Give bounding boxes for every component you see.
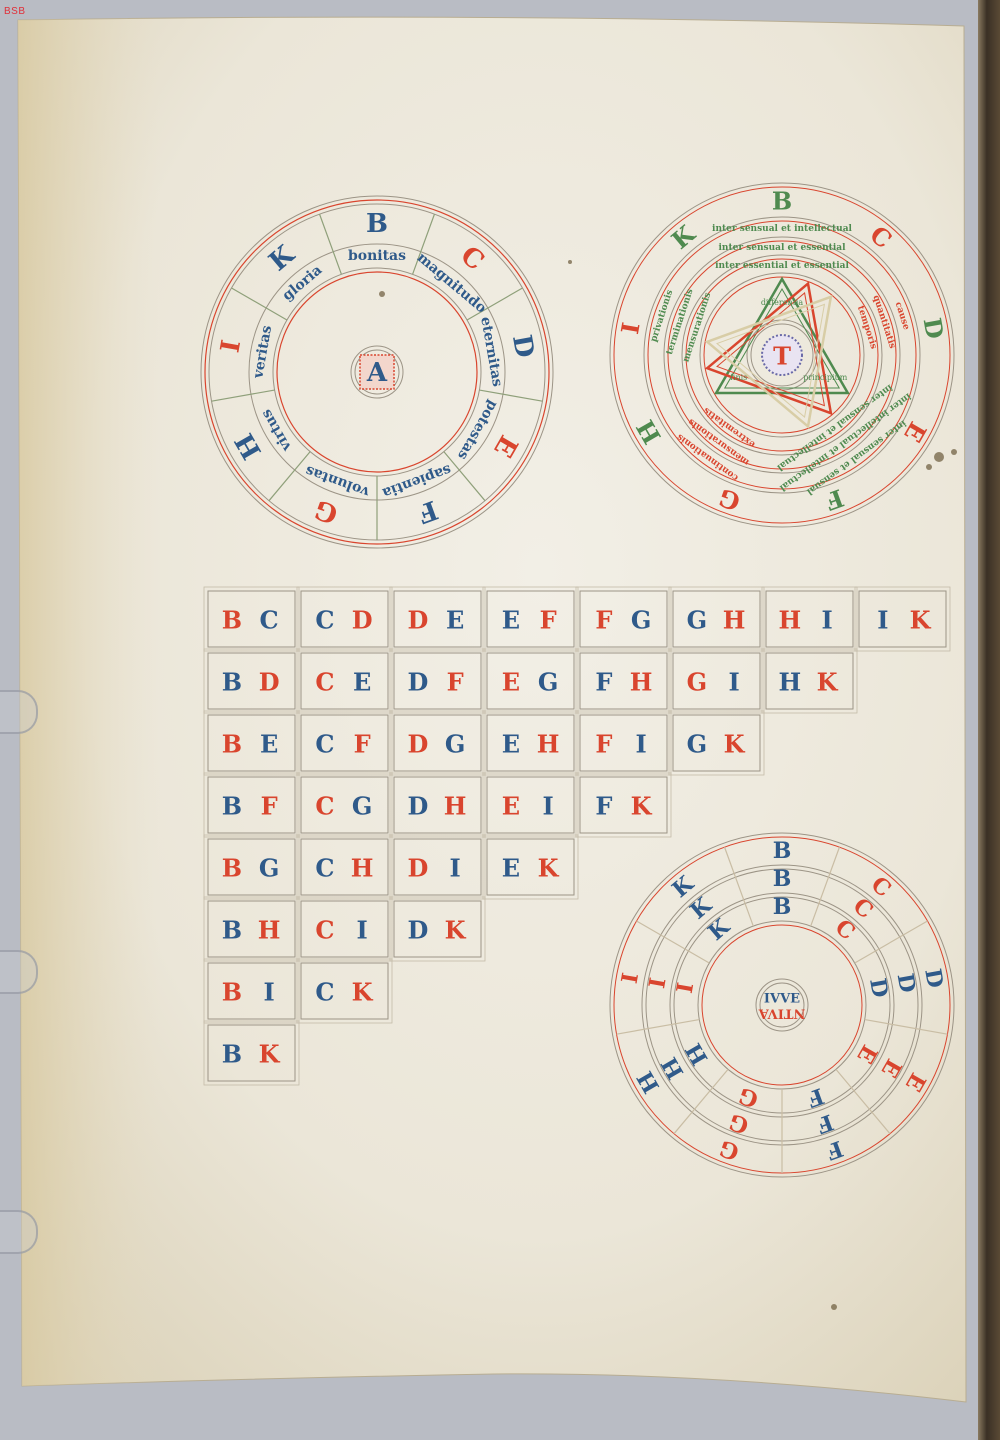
table-cell-letter-2: H <box>537 730 560 759</box>
table-cell-letter-1: D <box>407 668 428 697</box>
table-cell-letter-2: K <box>259 1040 281 1069</box>
table-cell-letter-1: H <box>779 668 802 697</box>
fourth-figure-letter-b: B <box>773 838 792 864</box>
ink-stain <box>831 1304 837 1310</box>
figure-a-letter-b: B <box>366 209 388 239</box>
figure-t-ring-text: inter essential et essential <box>715 261 849 271</box>
page-clip <box>0 950 38 994</box>
table-cell-letter-1: C <box>315 730 334 759</box>
table-cell-letter-2: F <box>540 606 557 635</box>
table-cell-letter-1: F <box>595 606 612 635</box>
table-cell-letter-2: E <box>260 730 278 759</box>
table-cell-letter-1: E <box>502 668 520 697</box>
table-cell-letter-1: C <box>315 792 334 821</box>
book-binding-edge <box>978 0 1000 1440</box>
table-cell-letter-1: G <box>687 606 708 635</box>
table-cell-letter-1: B <box>222 854 242 883</box>
table-cell-letter-2: D <box>259 668 280 697</box>
table-cell-letter-1: I <box>877 606 888 635</box>
table-cell-letter-1: F <box>595 792 612 821</box>
figure-t-ring-text: inter sensual et intellectual <box>712 224 852 234</box>
table-cell-letter-2: K <box>724 730 746 759</box>
folio-canvas: BCDEFGHIKbonitasmagnitudoeternitaspotest… <box>14 12 978 1424</box>
table-cell-letter-2: F <box>261 792 278 821</box>
figure-a-center-letter: A <box>366 358 388 388</box>
ink-stain <box>926 464 932 470</box>
table-cell-letter-1: F <box>595 668 612 697</box>
table-cell-letter-1: D <box>407 792 428 821</box>
fourth-figure-letter-b: B <box>773 866 792 892</box>
library-watermark: BSB <box>4 6 26 17</box>
table-cell-letter-1: G <box>687 668 708 697</box>
table-cell-letter-1: C <box>315 668 334 697</box>
table-cell-letter-1: E <box>502 792 520 821</box>
page-clip <box>0 1210 38 1254</box>
figure-t-letter-b: B <box>772 187 792 216</box>
table-cell-letter-1: D <box>407 854 428 883</box>
table-cell-letter-1: B <box>222 916 242 945</box>
table-cell-letter-2: K <box>631 792 653 821</box>
table-cell-letter-1: B <box>222 1040 242 1069</box>
table-cell-letter-1: H <box>779 606 802 635</box>
table-cell-letter-1: B <box>222 792 242 821</box>
table-cell-letter-1: E <box>502 854 520 883</box>
fourth-figure-center-bottom: NTIVA <box>758 1006 806 1021</box>
table-cell-letter-1: F <box>595 730 612 759</box>
table-cell-letter-1: B <box>222 978 242 1007</box>
table-cell-letter-1: G <box>687 730 708 759</box>
table-cell-letter-1: C <box>315 854 334 883</box>
table-cell-letter-1: D <box>407 730 428 759</box>
table-cell-letter-1: D <box>407 916 428 945</box>
table-cell-letter-2: G <box>538 668 559 697</box>
table-cell-letter-1: C <box>315 606 334 635</box>
figure-t-ring-text: inter sensual et essential <box>718 243 846 253</box>
table-cell-letter-2: E <box>446 606 464 635</box>
table-cell-letter-1: B <box>222 668 242 697</box>
figure-t-triangle-label: differentia <box>761 298 804 307</box>
manuscript-folio: BCDEFGHIKbonitasmagnitudoeternitaspotest… <box>14 12 978 1424</box>
table-cell-letter-2: F <box>354 730 371 759</box>
figure-t-triangle-label: principium <box>803 373 848 382</box>
figure-a-dignity-bonitas: bonitas <box>348 248 406 264</box>
figure-t-center-letter: T <box>773 342 791 371</box>
table-cell-letter-2: K <box>817 668 839 697</box>
table-cell-letter-2: H <box>444 792 467 821</box>
table-cell-letter-2: I <box>449 854 460 883</box>
figure-t-triangle-label: finis <box>730 373 747 382</box>
table-cell-letter-2: G <box>352 792 373 821</box>
table-cell-letter-1: E <box>502 730 520 759</box>
table-cell-letter-1: C <box>315 916 334 945</box>
table-cell-letter-2: I <box>356 916 367 945</box>
table-cell-letter-2: H <box>630 668 653 697</box>
table-cell-letter-2: H <box>258 916 281 945</box>
table-cell-letter-2: K <box>352 978 374 1007</box>
page-clip <box>0 690 38 734</box>
table-cell-letter-2: C <box>260 606 279 635</box>
table-cell-letter-2: K <box>910 606 932 635</box>
table-cell-letter-2: I <box>635 730 646 759</box>
table-cell-letter-2: I <box>821 606 832 635</box>
table-cell-letter-2: G <box>259 854 280 883</box>
fourth-figure-letter-b: B <box>773 894 792 920</box>
table-cell-letter-2: I <box>263 978 274 1007</box>
table-cell-letter-2: H <box>351 854 374 883</box>
ink-stain <box>379 291 385 297</box>
table-cell-letter-2: H <box>723 606 746 635</box>
table-cell-letter-1: E <box>502 606 520 635</box>
table-cell-letter-1: B <box>222 730 242 759</box>
table-cell-letter-1: C <box>315 978 334 1007</box>
table-cell-letter-2: I <box>542 792 553 821</box>
table-cell-letter-2: G <box>445 730 466 759</box>
table-cell-letter-2: G <box>631 606 652 635</box>
ink-stain <box>951 449 957 455</box>
fourth-figure-center-top: IVVE <box>764 992 800 1007</box>
table-cell-letter-2: K <box>538 854 560 883</box>
table-cell-letter-1: D <box>407 606 428 635</box>
table-cell-letter-2: F <box>447 668 464 697</box>
ink-stain <box>568 260 572 264</box>
table-cell-letter-2: D <box>352 606 373 635</box>
ink-stain <box>934 452 944 462</box>
table-cell-letter-1: B <box>222 606 242 635</box>
table-cell-letter-2: K <box>445 916 467 945</box>
table-cell-letter-2: I <box>728 668 739 697</box>
table-cell-letter-2: E <box>353 668 371 697</box>
